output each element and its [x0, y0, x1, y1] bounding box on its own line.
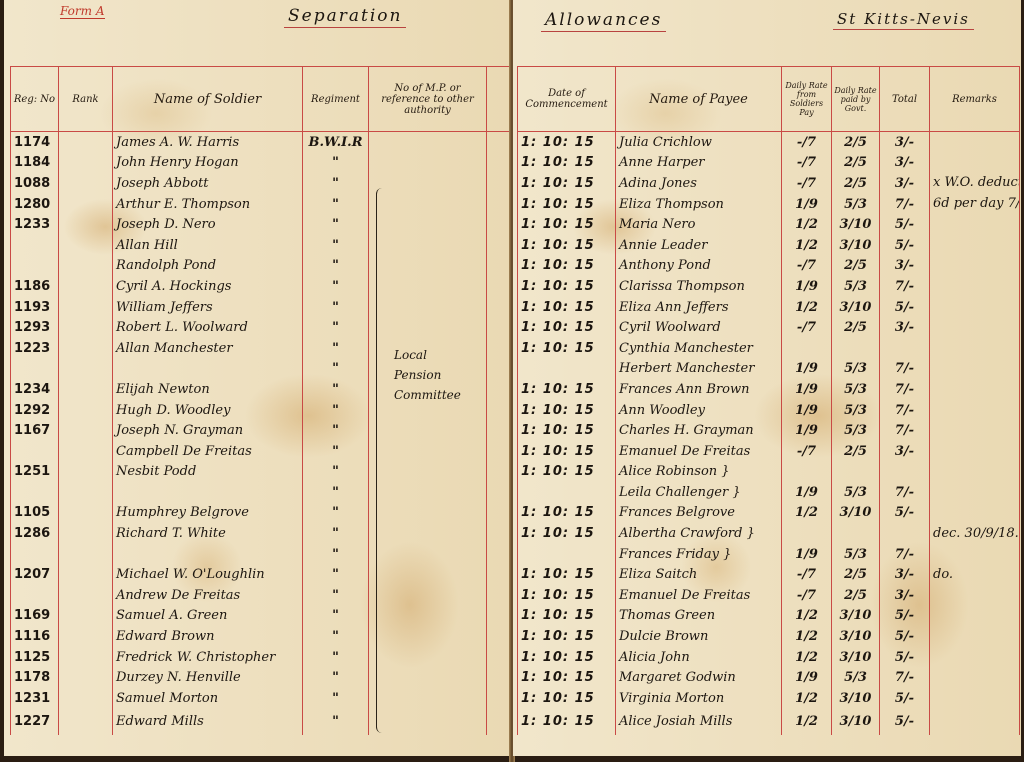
regiment: " — [303, 338, 369, 359]
rank — [59, 400, 113, 421]
payee-row: 1: 10: 15 Frances Belgrove 1/2 3/10 5/- — [518, 503, 1020, 524]
header-rank: Rank — [59, 67, 113, 132]
rank — [59, 441, 113, 462]
commencement-date: 1: 10: 15 — [518, 214, 616, 235]
soldier-row: 1280 Arthur E. Thompson " — [11, 194, 511, 215]
remarks: do. — [930, 564, 1020, 585]
reg-no: 1227 — [11, 709, 59, 735]
commencement-date: 1: 10: 15 — [518, 256, 616, 277]
reg-no: 1233 — [11, 214, 59, 235]
payee-name: Thomas Green — [616, 606, 782, 627]
regiment: " — [303, 482, 369, 503]
rate-paid-by-govt: 3/10 — [832, 606, 880, 627]
rate-paid-by-govt: 3/10 — [832, 503, 880, 524]
soldier-row: 1231 Samuel Morton " — [11, 688, 511, 709]
rank — [59, 606, 113, 627]
rank — [59, 317, 113, 338]
remarks — [930, 544, 1020, 565]
payee-row: 1: 10: 15 Albertha Crawford } dec. 30/9/… — [518, 523, 1020, 544]
reg-no: 1178 — [11, 667, 59, 688]
blank-cell — [487, 626, 511, 647]
soldier-row: " — [11, 482, 511, 503]
soldier-row: 1178 Durzey N. Henville " — [11, 667, 511, 688]
soldier-name: James A. W. Harris — [113, 132, 303, 153]
rate-from-soldier: -/7 — [782, 441, 832, 462]
regiment: " — [303, 462, 369, 483]
soldier-name — [113, 544, 303, 565]
commencement-date: 1: 10: 15 — [518, 420, 616, 441]
rate-from-soldier: 1/2 — [782, 214, 832, 235]
blank-cell — [487, 420, 511, 441]
rate-from-soldier: -/7 — [782, 564, 832, 585]
remarks — [930, 235, 1020, 256]
payee-name: Adina Jones — [616, 173, 782, 194]
total: 5/- — [880, 235, 930, 256]
payee-name: Anthony Pond — [616, 256, 782, 277]
regiment: " — [303, 400, 369, 421]
remarks — [930, 585, 1020, 606]
title-allowances: Allowances — [541, 10, 666, 32]
payee-row: 1: 10: 15 Anthony Pond -/7 2/5 3/- — [518, 256, 1020, 277]
blank-cell — [487, 709, 511, 735]
rank — [59, 297, 113, 318]
soldier-row: 1251 Nesbit Podd " — [11, 462, 511, 483]
soldier-row: 1174 James A. W. Harris B.W.I.R — [11, 132, 511, 153]
remarks — [930, 153, 1020, 174]
regiment: " — [303, 379, 369, 400]
blank-cell — [487, 153, 511, 174]
rank — [59, 544, 113, 565]
rate-paid-by-govt: 5/3 — [832, 544, 880, 565]
soldier-name: Campbell De Freitas — [113, 441, 303, 462]
regiment: " — [303, 544, 369, 565]
payee-row: 1: 10: 15 Adina Jones -/7 2/5 3/- x W.O.… — [518, 173, 1020, 194]
blank-cell — [487, 482, 511, 503]
soldier-name: Allan Hill — [113, 235, 303, 256]
remarks — [930, 256, 1020, 277]
soldier-row: 1227 Edward Mills " — [11, 709, 511, 735]
soldier-name — [113, 482, 303, 503]
blank-cell — [487, 564, 511, 585]
remarks: x W.O. deducted — [930, 173, 1020, 194]
header-name-of-soldier: Name of Soldier — [113, 67, 303, 132]
soldier-name: Michael W. O'Loughlin — [113, 564, 303, 585]
soldier-name: Allan Manchester — [113, 338, 303, 359]
form-label: Form A — [60, 4, 105, 19]
reg-no: 1105 — [11, 503, 59, 524]
payee-row: 1: 10: 15 Ann Woodley 1/9 5/3 7/- — [518, 400, 1020, 421]
reg-no: 1207 — [11, 564, 59, 585]
total: 7/- — [880, 544, 930, 565]
soldier-name: Cyril A. Hockings — [113, 276, 303, 297]
rate-from-soldier: -/7 — [782, 317, 832, 338]
soldier-row: 1207 Michael W. O'Loughlin " — [11, 564, 511, 585]
regiment: " — [303, 503, 369, 524]
rate-paid-by-govt: 2/5 — [832, 585, 880, 606]
remarks — [930, 688, 1020, 709]
payee-row: 1: 10: 15 Alicia John 1/2 3/10 5/- — [518, 647, 1020, 668]
rate-from-soldier — [782, 462, 832, 483]
payee-row: 1: 10: 15 Margaret Godwin 1/9 5/3 7/- — [518, 667, 1020, 688]
payee-name: Alicia John — [616, 647, 782, 668]
total: 5/- — [880, 503, 930, 524]
remarks — [930, 317, 1020, 338]
remarks — [930, 359, 1020, 380]
remarks: dec. 30/9/18. — [930, 523, 1020, 544]
remarks — [930, 338, 1020, 359]
rank — [59, 564, 113, 585]
commencement-date: 1: 10: 15 — [518, 194, 616, 215]
rank — [59, 647, 113, 668]
total: 3/- — [880, 153, 930, 174]
rate-paid-by-govt: 2/5 — [832, 317, 880, 338]
payee-name: Charles H. Grayman — [616, 420, 782, 441]
regiment: " — [303, 441, 369, 462]
ledger-book: Form A Separation Reg: No Rank Name of S… — [0, 0, 1024, 762]
commencement-date: 1: 10: 15 — [518, 297, 616, 318]
payee-header-row: Date of Commencement Name of Payee Daily… — [518, 67, 1020, 132]
left-page: Form A Separation Reg: No Rank Name of S… — [4, 0, 512, 756]
payee-row: 1: 10: 15 Emanuel De Freitas -/7 2/5 3/- — [518, 441, 1020, 462]
regiment: " — [303, 626, 369, 647]
total: 5/- — [880, 606, 930, 627]
rate-paid-by-govt: 5/3 — [832, 276, 880, 297]
payee-row: Herbert Manchester 1/9 5/3 7/- — [518, 359, 1020, 380]
reg-no — [11, 359, 59, 380]
rank — [59, 462, 113, 483]
blank-cell — [487, 647, 511, 668]
payee-row: 1: 10: 15 Alice Robinson } — [518, 462, 1020, 483]
blank-cell — [487, 338, 511, 359]
payee-name: Leila Challenger } — [616, 482, 782, 503]
payee-row: 1: 10: 15 Emanuel De Freitas -/7 2/5 3/- — [518, 585, 1020, 606]
reg-no: 1286 — [11, 523, 59, 544]
rate-paid-by-govt: 3/10 — [832, 297, 880, 318]
rank — [59, 194, 113, 215]
payee-row: 1: 10: 15 Cynthia Manchester — [518, 338, 1020, 359]
rate-from-soldier: -/7 — [782, 153, 832, 174]
soldier-name: Humphrey Belgrove — [113, 503, 303, 524]
commencement-date: 1: 10: 15 — [518, 153, 616, 174]
soldier-name: William Jeffers — [113, 297, 303, 318]
payee-row: 1: 10: 15 Anne Harper -/7 2/5 3/- — [518, 153, 1020, 174]
rate-paid-by-govt: 3/10 — [832, 626, 880, 647]
commencement-date: 1: 10: 15 — [518, 462, 616, 483]
total: 5/- — [880, 214, 930, 235]
regiment: " — [303, 153, 369, 174]
blank-cell — [487, 379, 511, 400]
soldier-name: John Henry Hogan — [113, 153, 303, 174]
rate-paid-by-govt: 2/5 — [832, 256, 880, 277]
rate-paid-by-govt: 5/3 — [832, 194, 880, 215]
reg-no: 1088 — [11, 173, 59, 194]
remarks — [930, 667, 1020, 688]
rate-from-soldier — [782, 523, 832, 544]
soldier-name: Andrew De Freitas — [113, 585, 303, 606]
blank-cell — [487, 317, 511, 338]
soldier-row: 1105 Humphrey Belgrove " — [11, 503, 511, 524]
reg-no: 1234 — [11, 379, 59, 400]
payee-row: 1: 10: 15 Charles H. Grayman 1/9 5/3 7/- — [518, 420, 1020, 441]
blank-cell — [487, 523, 511, 544]
total: 3/- — [880, 173, 930, 194]
total: 3/- — [880, 317, 930, 338]
soldier-row: 1293 Robert L. Woolward " — [11, 317, 511, 338]
soldier-name: Randolph Pond — [113, 256, 303, 277]
payee-name: Cyril Woolward — [616, 317, 782, 338]
payee-name: Anne Harper — [616, 153, 782, 174]
blank-cell — [487, 194, 511, 215]
remarks — [930, 132, 1020, 153]
regiment: " — [303, 256, 369, 277]
reg-no: 1186 — [11, 276, 59, 297]
remarks — [930, 482, 1020, 503]
regiment: " — [303, 709, 369, 735]
remarks — [930, 276, 1020, 297]
rate-paid-by-govt: 3/10 — [832, 235, 880, 256]
blank-cell — [487, 297, 511, 318]
payee-name: Emanuel De Freitas — [616, 585, 782, 606]
blank-cell — [487, 462, 511, 483]
payee-name: Herbert Manchester — [616, 359, 782, 380]
payee-row: 1: 10: 15 Eliza Saitch -/7 2/5 3/- do. — [518, 564, 1020, 585]
soldier-name: Fredrick W. Christopher — [113, 647, 303, 668]
soldier-name: Joseph D. Nero — [113, 214, 303, 235]
rank — [59, 482, 113, 503]
soldier-name: Nesbit Podd — [113, 462, 303, 483]
total: 5/- — [880, 626, 930, 647]
blank-cell — [487, 688, 511, 709]
blank-cell — [487, 132, 511, 153]
rate-from-soldier: 1/2 — [782, 626, 832, 647]
rate-from-soldier: 1/9 — [782, 276, 832, 297]
reg-no — [11, 235, 59, 256]
rate-from-soldier: 1/9 — [782, 194, 832, 215]
total: 7/- — [880, 359, 930, 380]
payee-row: 1: 10: 15 Maria Nero 1/2 3/10 5/- — [518, 214, 1020, 235]
commencement-date: 1: 10: 15 — [518, 709, 616, 735]
payee-name: Alice Josiah Mills — [616, 709, 782, 735]
total — [880, 338, 930, 359]
total: 7/- — [880, 379, 930, 400]
soldier-row: Andrew De Freitas " — [11, 585, 511, 606]
regiment: " — [303, 647, 369, 668]
soldier-name — [113, 359, 303, 380]
regiment: " — [303, 606, 369, 627]
reg-no: 1169 — [11, 606, 59, 627]
rate-from-soldier: 1/9 — [782, 420, 832, 441]
commencement-date: 1: 10: 15 — [518, 585, 616, 606]
title-separation: Separation — [284, 6, 406, 28]
rank — [59, 256, 113, 277]
total: 3/- — [880, 585, 930, 606]
rate-paid-by-govt: 5/3 — [832, 400, 880, 421]
commencement-date: 1: 10: 15 — [518, 626, 616, 647]
soldier-name: Richard T. White — [113, 523, 303, 544]
header-date: Date of Commencement — [518, 67, 616, 132]
payee-row: 1: 10: 15 Frances Ann Brown 1/9 5/3 7/- — [518, 379, 1020, 400]
reg-no — [11, 585, 59, 606]
regiment: " — [303, 276, 369, 297]
blank-cell — [487, 276, 511, 297]
payee-row: 1: 10: 15 Thomas Green 1/2 3/10 5/- — [518, 606, 1020, 627]
blank-cell — [487, 173, 511, 194]
remarks — [930, 297, 1020, 318]
blank-cell — [487, 441, 511, 462]
reg-no: 1184 — [11, 153, 59, 174]
reference-note: Local Pension Committee — [394, 345, 461, 405]
soldier-row: 1186 Cyril A. Hockings " — [11, 276, 511, 297]
soldier-name: Durzey N. Henville — [113, 667, 303, 688]
payee-row: Leila Challenger } 1/9 5/3 7/- — [518, 482, 1020, 503]
rate-from-soldier: 1/9 — [782, 359, 832, 380]
commencement-date: 1: 10: 15 — [518, 132, 616, 153]
soldier-row: Campbell De Freitas " — [11, 441, 511, 462]
regiment: " — [303, 667, 369, 688]
rate-paid-by-govt: 3/10 — [832, 214, 880, 235]
rank — [59, 173, 113, 194]
remarks — [930, 214, 1020, 235]
payee-name: Frances Ann Brown — [616, 379, 782, 400]
total: 3/- — [880, 256, 930, 277]
blank-cell — [487, 606, 511, 627]
payee-name: Eliza Ann Jeffers — [616, 297, 782, 318]
payee-name: Emanuel De Freitas — [616, 441, 782, 462]
soldier-name: Samuel A. Green — [113, 606, 303, 627]
rate-from-soldier: 1/9 — [782, 544, 832, 565]
regiment: " — [303, 235, 369, 256]
commencement-date: 1: 10: 15 — [518, 400, 616, 421]
reference — [369, 132, 487, 153]
rate-from-soldier: -/7 — [782, 256, 832, 277]
rate-from-soldier: 1/2 — [782, 647, 832, 668]
rate-paid-by-govt: 2/5 — [832, 564, 880, 585]
rate-paid-by-govt: 3/10 — [832, 709, 880, 735]
total: 7/- — [880, 276, 930, 297]
soldier-name: Samuel Morton — [113, 688, 303, 709]
commencement-date: 1: 10: 15 — [518, 667, 616, 688]
total: 5/- — [880, 647, 930, 668]
total: 3/- — [880, 441, 930, 462]
commencement-date: 1: 10: 15 — [518, 503, 616, 524]
regiment: " — [303, 297, 369, 318]
rank — [59, 503, 113, 524]
blank-cell — [487, 359, 511, 380]
payee-name: Eliza Saitch — [616, 564, 782, 585]
total — [880, 523, 930, 544]
reg-no: 1174 — [11, 132, 59, 153]
blank-cell — [487, 503, 511, 524]
rate-from-soldier: 1/9 — [782, 379, 832, 400]
right-page: Allowances St Kitts-Nevis Date of Commen… — [512, 0, 1021, 756]
reg-no — [11, 441, 59, 462]
rate-from-soldier: 1/2 — [782, 606, 832, 627]
rate-paid-by-govt: 5/3 — [832, 482, 880, 503]
rate-from-soldier: 1/2 — [782, 688, 832, 709]
reg-no: 1116 — [11, 626, 59, 647]
header-remarks: Remarks — [930, 67, 1020, 132]
rate-paid-by-govt: 2/5 — [832, 441, 880, 462]
rank — [59, 688, 113, 709]
soldier-row: 1193 William Jeffers " — [11, 297, 511, 318]
rate-from-soldier: 1/2 — [782, 297, 832, 318]
blank-cell — [487, 256, 511, 277]
regiment: " — [303, 359, 369, 380]
remarks — [930, 400, 1020, 421]
rate-paid-by-govt: 5/3 — [832, 667, 880, 688]
soldier-row: 1169 Samuel A. Green " — [11, 606, 511, 627]
rank — [59, 276, 113, 297]
rank — [59, 214, 113, 235]
rank — [59, 235, 113, 256]
header-blank — [487, 67, 511, 132]
rate-from-soldier: 1/2 — [782, 503, 832, 524]
total: 7/- — [880, 194, 930, 215]
payee-row: 1: 10: 15 Virginia Morton 1/2 3/10 5/- — [518, 688, 1020, 709]
commencement-date: 1: 10: 15 — [518, 606, 616, 627]
rate-from-soldier: 1/9 — [782, 400, 832, 421]
commencement-date — [518, 482, 616, 503]
payee-name: Clarissa Thompson — [616, 276, 782, 297]
reg-no: 1167 — [11, 420, 59, 441]
payee-row: Frances Friday } 1/9 5/3 7/- — [518, 544, 1020, 565]
remarks — [930, 709, 1020, 735]
payee-name: Julia Crichlow — [616, 132, 782, 153]
reg-no: 1125 — [11, 647, 59, 668]
payee-name: Cynthia Manchester — [616, 338, 782, 359]
total: 3/- — [880, 564, 930, 585]
payee-name: Virginia Morton — [616, 688, 782, 709]
payee-row: 1: 10: 15 Dulcie Brown 1/2 3/10 5/- — [518, 626, 1020, 647]
header-reg-no: Reg: No — [11, 67, 59, 132]
regiment: " — [303, 214, 369, 235]
soldier-row: 1116 Edward Brown " — [11, 626, 511, 647]
reg-no: 1293 — [11, 317, 59, 338]
rate-paid-by-govt: 3/10 — [832, 647, 880, 668]
rank — [59, 420, 113, 441]
rate-paid-by-govt: 2/5 — [832, 153, 880, 174]
header-rate-soldier: Daily Rate from Soldiers Pay — [782, 67, 832, 132]
rate-paid-by-govt: 2/5 — [832, 173, 880, 194]
payee-row: 1: 10: 15 Annie Leader 1/2 3/10 5/- — [518, 235, 1020, 256]
soldier-row: 1088 Joseph Abbott " — [11, 173, 511, 194]
soldier-name: Elijah Newton — [113, 379, 303, 400]
reg-no — [11, 482, 59, 503]
rank — [59, 132, 113, 153]
commencement-date: 1: 10: 15 — [518, 564, 616, 585]
commencement-date: 1: 10: 15 — [518, 523, 616, 544]
rate-paid-by-govt: 5/3 — [832, 359, 880, 380]
payee-table: Date of Commencement Name of Payee Daily… — [517, 66, 1020, 735]
commencement-date: 1: 10: 15 — [518, 647, 616, 668]
commencement-date: 1: 10: 15 — [518, 441, 616, 462]
reg-no: 1231 — [11, 688, 59, 709]
commencement-date: 1: 10: 15 — [518, 688, 616, 709]
payee-row: 1: 10: 15 Alice Josiah Mills 1/2 3/10 5/… — [518, 709, 1020, 735]
rate-from-soldier: -/7 — [782, 132, 832, 153]
commencement-date: 1: 10: 15 — [518, 379, 616, 400]
total: 7/- — [880, 420, 930, 441]
remarks — [930, 462, 1020, 483]
remarks — [930, 441, 1020, 462]
regiment: B.W.I.R — [303, 132, 369, 153]
rank — [59, 626, 113, 647]
remarks — [930, 606, 1020, 627]
rank — [59, 709, 113, 735]
payee-name: Margaret Godwin — [616, 667, 782, 688]
header-rate-govt: Daily Rate paid by Govt. — [832, 67, 880, 132]
payee-row: 1: 10: 15 Cyril Woolward -/7 2/5 3/- — [518, 317, 1020, 338]
